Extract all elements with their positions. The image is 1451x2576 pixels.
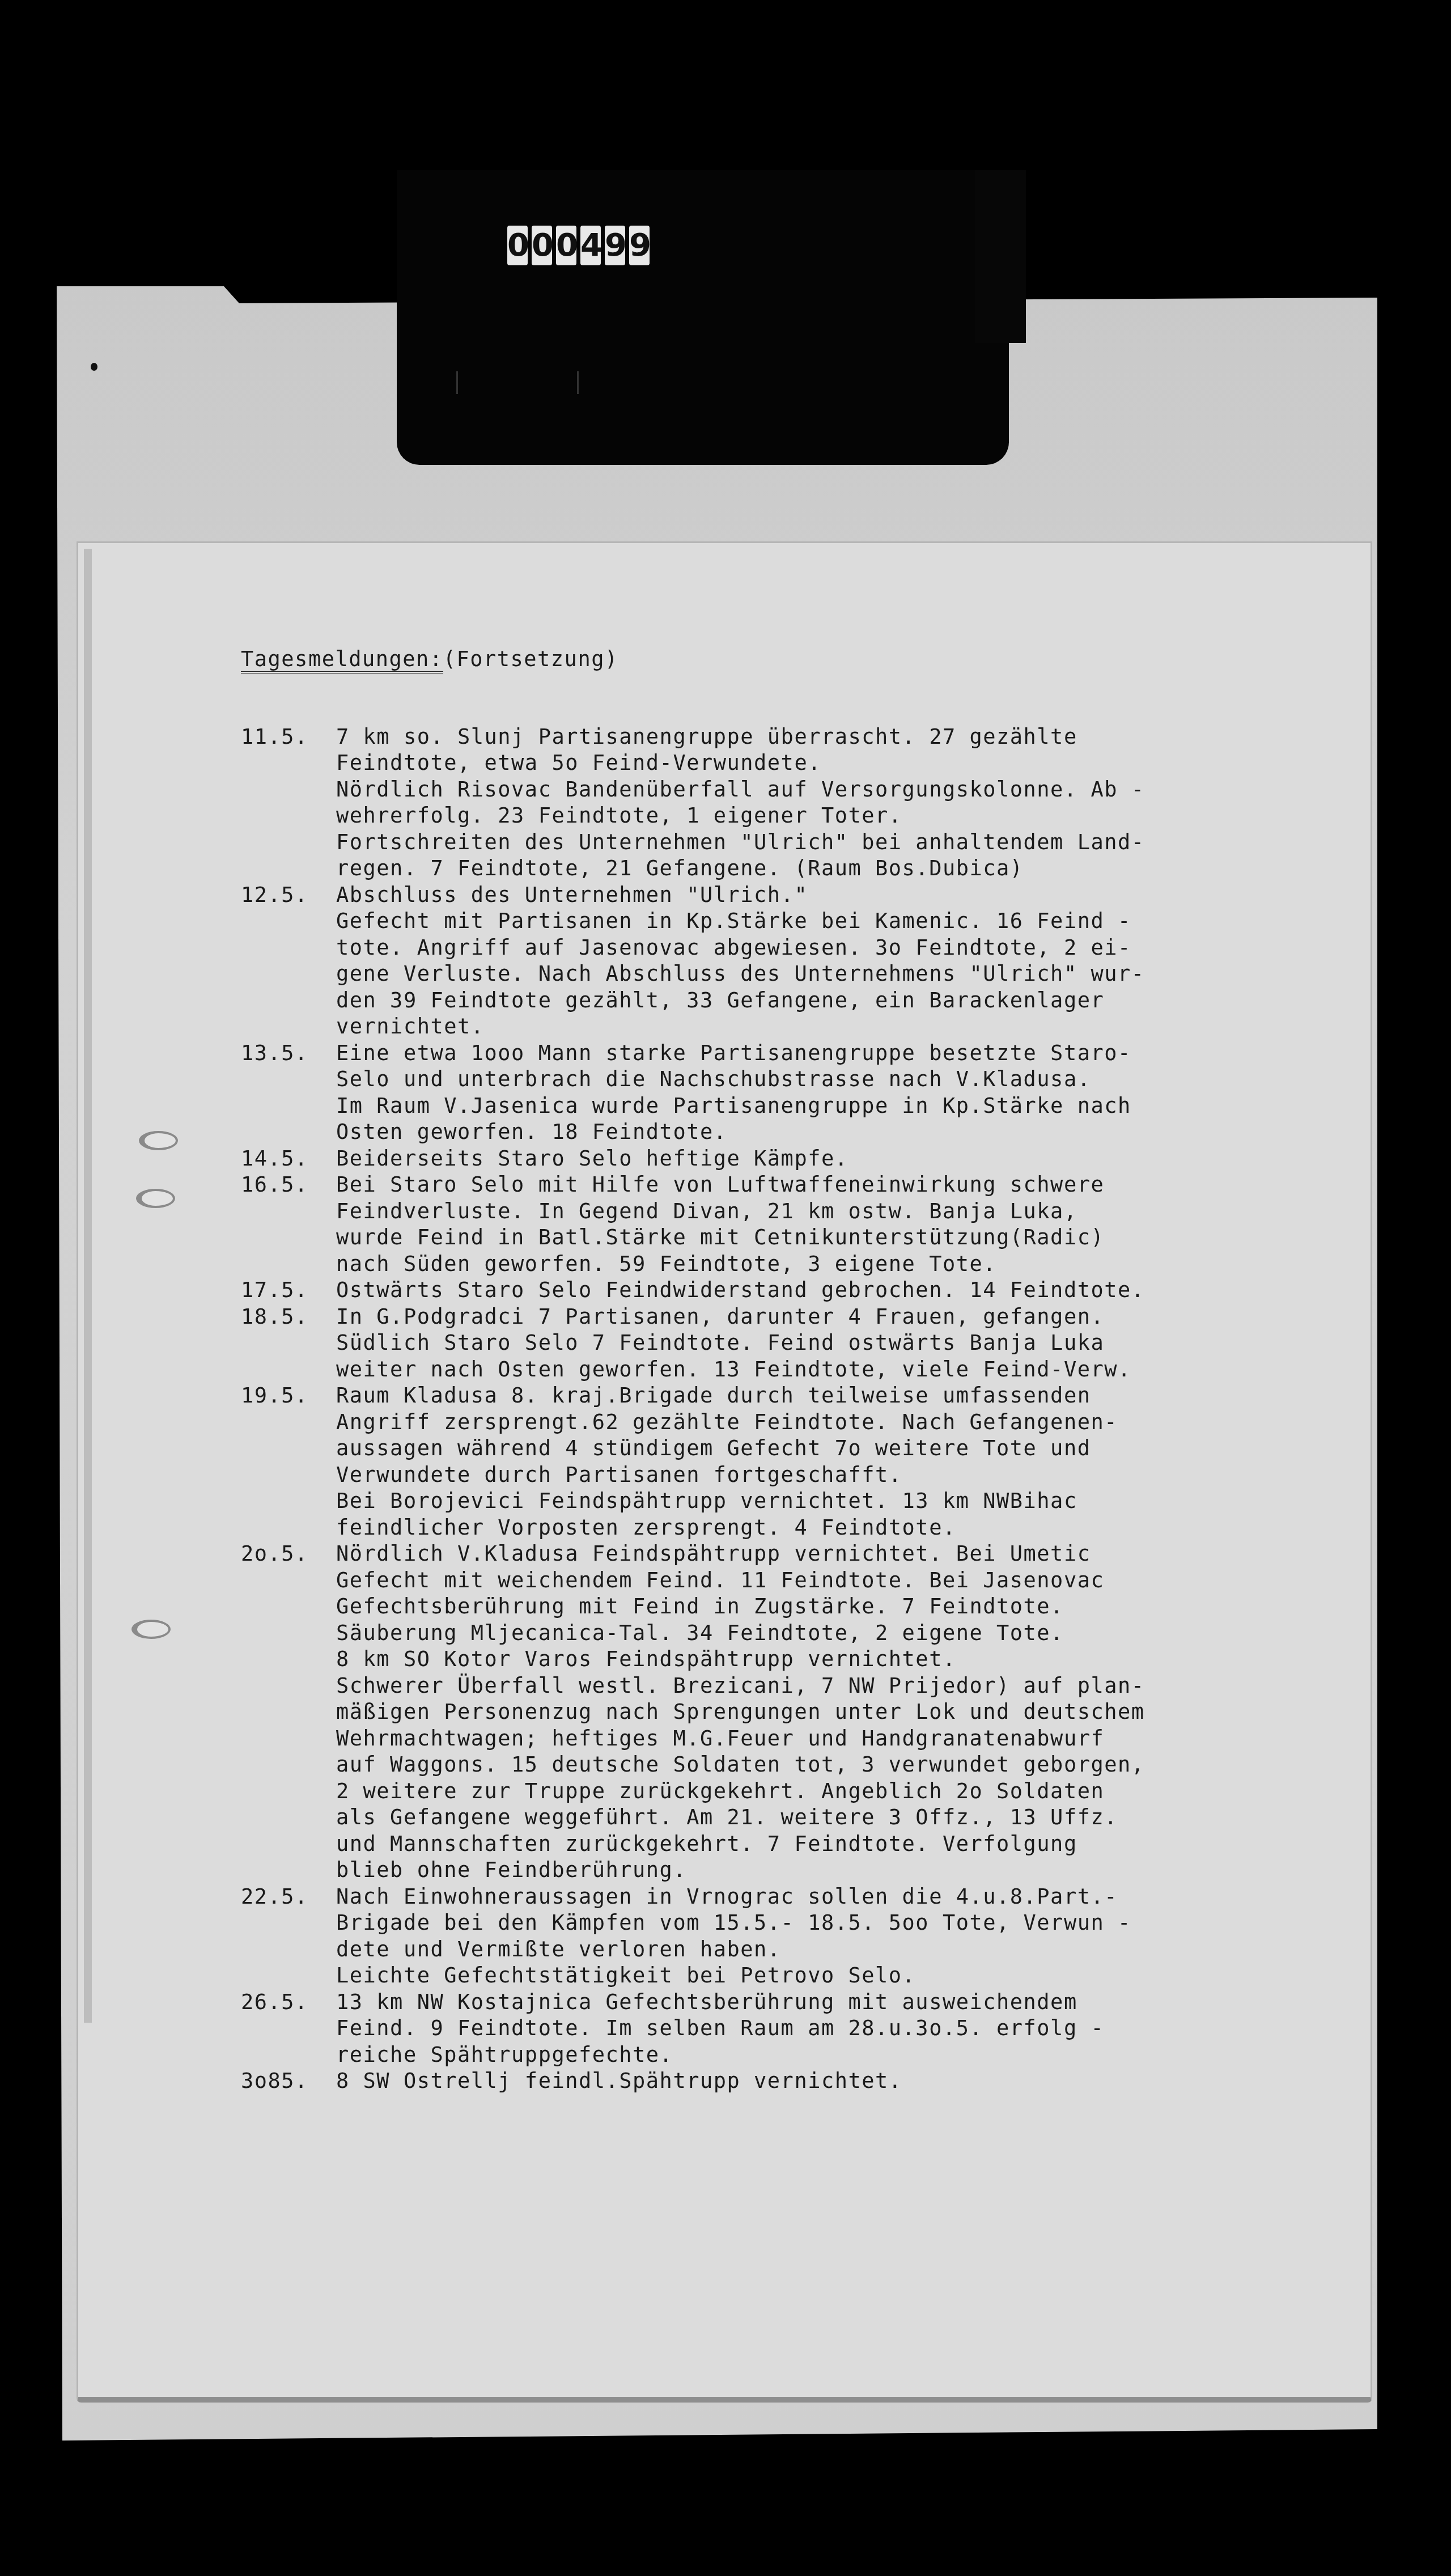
entry-line: nach Süden geworfen. 59 Feindtote, 3 eig… [336, 1251, 1104, 1278]
entry-text: Ostwärts Staro Selo Feindwiderstand gebr… [336, 1277, 1145, 1304]
entry-text: Abschluss des Unternehmen "Ulrich."Gefec… [336, 882, 1145, 1040]
entry-line: Südlich Staro Selo 7 Feindtote. Feind os… [336, 1330, 1131, 1357]
entry-text: Beiderseits Staro Selo heftige Kämpfe. [336, 1146, 848, 1172]
entry-line: Gefecht mit weichendem Feind. 11 Feindto… [336, 1567, 1145, 1594]
entry-date: 13.5. [176, 1040, 336, 1146]
entry-line: Gefecht mit Partisanen in Kp.Stärke bei … [336, 908, 1145, 935]
punch-mark [91, 363, 97, 371]
entry-line: weiter nach Osten geworfen. 13 Feindtote… [336, 1357, 1131, 1383]
entry-line: auf Waggons. 15 deutsche Soldaten tot, 3… [336, 1752, 1145, 1778]
entry-line: regen. 7 Feindtote, 21 Gefangene. (Raum … [336, 855, 1145, 882]
report-entry: 16.5.Bei Staro Selo mit Hilfe von Luftwa… [241, 1172, 1374, 1277]
entry-line: Brigade bei den Kämpfen vom 15.5.- 18.5.… [336, 1910, 1131, 1937]
entry-line: dete und Vermißte verloren haben. [336, 1937, 1131, 1963]
entry-text: Raum Kladusa 8. kraj.Brigade durch teilw… [336, 1383, 1118, 1541]
entry-text: Nach Einwohneraussagen in Vrnograc solle… [336, 1884, 1131, 1989]
entry-line: Beiderseits Staro Selo heftige Kämpfe. [336, 1146, 848, 1172]
entry-line: Säuberung Mljecanica-Tal. 34 Feindtote, … [336, 1620, 1145, 1647]
entry-date: 11.5. [176, 724, 336, 882]
report-entry: 17.5.Ostwärts Staro Selo Feindwiderstand… [241, 1277, 1374, 1304]
entry-line: den 39 Feindtote gezählt, 33 Gefangene, … [336, 988, 1145, 1014]
entry-line: reiche Spähtruppgefechte. [336, 2042, 1104, 2069]
counter-digit: 0 [556, 226, 576, 265]
entry-text: In G.Podgradci 7 Partisanen, darunter 4 … [336, 1304, 1131, 1383]
entry-line: Bei Staro Selo mit Hilfe von Luftwaffene… [336, 1172, 1104, 1198]
entry-line: Gefechtsberührung mit Feind in Zugstärke… [336, 1594, 1145, 1620]
entry-date: 17.5. [176, 1277, 336, 1304]
frame-counter-arm [975, 170, 1026, 343]
report-entry: 13.5.Eine etwa 1ooo Mann starke Partisan… [241, 1040, 1374, 1146]
report-entry: 19.5.Raum Kladusa 8. kraj.Brigade durch … [241, 1383, 1374, 1541]
entry-line: Osten geworfen. 18 Feindtote. [336, 1119, 1131, 1146]
report-heading: Tagesmeldungen:(Fortsetzung) [241, 646, 618, 673]
entry-date: 16.5. [176, 1172, 336, 1277]
entry-date: 12.5. [176, 882, 336, 1040]
entry-line: 2 weitere zur Truppe zurückgekehrt. Ange… [336, 1778, 1145, 1805]
entry-line: Schwerer Überfall westl. Brezicani, 7 NW… [336, 1673, 1145, 1700]
entry-text: 7 km so. Slunj Partisanengruppe überrasc… [336, 724, 1145, 882]
entry-date: 18.5. [176, 1304, 336, 1383]
entry-line: Raum Kladusa 8. kraj.Brigade durch teilw… [336, 1383, 1118, 1409]
frame-counter-plate [456, 371, 579, 394]
entry-line: Nach Einwohneraussagen in Vrnograc solle… [336, 1884, 1131, 1910]
entry-text: Eine etwa 1ooo Mann starke Partisanengru… [336, 1040, 1131, 1146]
entry-text: 13 km NW Kostajnica Gefechtsberührung mi… [336, 1989, 1104, 2069]
entry-line: wehrerfolg. 23 Feindtote, 1 eigener Tote… [336, 803, 1145, 829]
entry-date: 14.5. [176, 1146, 336, 1172]
frame-counter: 0 0 0 4 9 9 [507, 226, 650, 265]
frame-counter-device [397, 170, 1009, 465]
report-entry: 18.5.In G.Podgradci 7 Partisanen, darunt… [241, 1304, 1374, 1383]
entry-line: Ostwärts Staro Selo Feindwiderstand gebr… [336, 1277, 1145, 1304]
entry-line: Feind. 9 Feindtote. Im selben Raum am 28… [336, 2015, 1104, 2042]
entry-line: 8 SW Ostrellj feindl.Spähtrupp vernichte… [336, 2068, 902, 2095]
entry-line: Abschluss des Unternehmen "Ulrich." [336, 882, 1145, 909]
entry-line: als Gefangene weggeführt. Am 21. weitere… [336, 1804, 1145, 1831]
entry-line: Angriff zersprengt.62 gezählte Feindtote… [336, 1409, 1118, 1436]
entry-line: Nördlich Risovac Bandenüberfall auf Vers… [336, 777, 1145, 803]
entry-line: vernichtet. [336, 1014, 1145, 1040]
entry-line: Wehrmachtwagen; heftiges M.G.Feuer und H… [336, 1726, 1145, 1752]
entry-line: wurde Feind in Batl.Stärke mit Cetnikunt… [336, 1225, 1104, 1251]
report-entry: 11.5.7 km so. Slunj Partisanengruppe übe… [241, 724, 1374, 882]
report-entry: 12.5.Abschluss des Unternehmen "Ulrich."… [241, 882, 1374, 1040]
heading-subtitle: (Fortsetzung) [443, 647, 618, 671]
entry-line: Bei Borojevici Feindspähtrupp vernichtet… [336, 1488, 1118, 1515]
entry-line: Feindverluste. In Gegend Divan, 21 km os… [336, 1198, 1104, 1225]
binder-hole-icon [136, 1189, 175, 1208]
entry-date: 22.5. [176, 1884, 336, 1989]
entry-line: Im Raum V.Jasenica wurde Partisanengrupp… [336, 1093, 1131, 1120]
entry-text: 8 SW Ostrellj feindl.Spähtrupp vernichte… [336, 2068, 902, 2095]
counter-digit: 4 [580, 226, 601, 265]
entry-line: Selo und unterbrach die Nachschubstrasse… [336, 1066, 1131, 1093]
entry-line: mäßigen Personenzug nach Sprengungen unt… [336, 1699, 1145, 1726]
entry-line: und Mannschaften zurückgekehrt. 7 Feindt… [336, 1831, 1145, 1858]
entry-text: Bei Staro Selo mit Hilfe von Luftwaffene… [336, 1172, 1104, 1277]
entry-line: feindlicher Vorposten zersprengt. 4 Fein… [336, 1515, 1118, 1541]
report-entries: 11.5.7 km so. Slunj Partisanengruppe übe… [241, 724, 1374, 2095]
entry-line: gene Verluste. Nach Abschluss des Untern… [336, 961, 1145, 988]
report-text: Tagesmeldungen:(Fortsetzung) 11.5.7 km s… [241, 646, 1374, 2095]
report-entry: 2o.5.Nördlich V.Kladusa Feindspähtrupp v… [241, 1541, 1374, 1884]
report-entry: 26.5.13 km NW Kostajnica Gefechtsberühru… [241, 1989, 1374, 2069]
counter-digit: 9 [629, 226, 650, 265]
entry-line: Fortschreiten des Unternehmen "Ulrich" b… [336, 829, 1145, 856]
counter-digit: 0 [532, 226, 552, 265]
entry-line: 13 km NW Kostajnica Gefechtsberührung mi… [336, 1989, 1104, 2016]
binder-hole-icon [131, 1620, 171, 1639]
entry-line: tote. Angriff auf Jasenovac abgewiesen. … [336, 935, 1145, 961]
entry-line: Feindtote, etwa 5o Feind-Verwundete. [336, 750, 1145, 777]
report-entry: 22.5.Nach Einwohneraussagen in Vrnograc … [241, 1884, 1374, 1989]
report-entry: 3o85.8 SW Ostrellj feindl.Spähtrupp vern… [241, 2068, 1374, 2095]
entry-line: Verwundete durch Partisanen fortgeschaff… [336, 1462, 1118, 1489]
report-entry: 14.5.Beiderseits Staro Selo heftige Kämp… [241, 1146, 1374, 1172]
binder-hole-icon [139, 1131, 178, 1150]
entry-line: Nördlich V.Kladusa Feindspähtrupp vernic… [336, 1541, 1145, 1567]
entry-line: Eine etwa 1ooo Mann starke Partisanengru… [336, 1040, 1131, 1067]
entry-line: In G.Podgradci 7 Partisanen, darunter 4 … [336, 1304, 1131, 1331]
counter-digit: 0 [507, 226, 528, 265]
entry-line: 7 km so. Slunj Partisanengruppe überrasc… [336, 724, 1145, 751]
heading-title: Tagesmeldungen: [241, 647, 443, 673]
entry-line: 8 km SO Kotor Varos Feindspähtrupp verni… [336, 1646, 1145, 1673]
entry-date: 2o.5. [176, 1541, 336, 1884]
entry-date: 19.5. [176, 1383, 336, 1541]
sheet-edge-shadow [84, 549, 92, 2023]
entry-line: Leichte Gefechtstätigkeit bei Petrovo Se… [336, 1963, 1131, 1989]
entry-date: 26.5. [176, 1989, 336, 2069]
entry-text: Nördlich V.Kladusa Feindspähtrupp vernic… [336, 1541, 1145, 1884]
entry-date: 3o85. [176, 2068, 336, 2095]
entry-line: aussagen während 4 stündigem Gefecht 7o … [336, 1435, 1118, 1462]
counter-digit: 9 [605, 226, 625, 265]
entry-line: blieb ohne Feindberührung. [336, 1857, 1145, 1884]
